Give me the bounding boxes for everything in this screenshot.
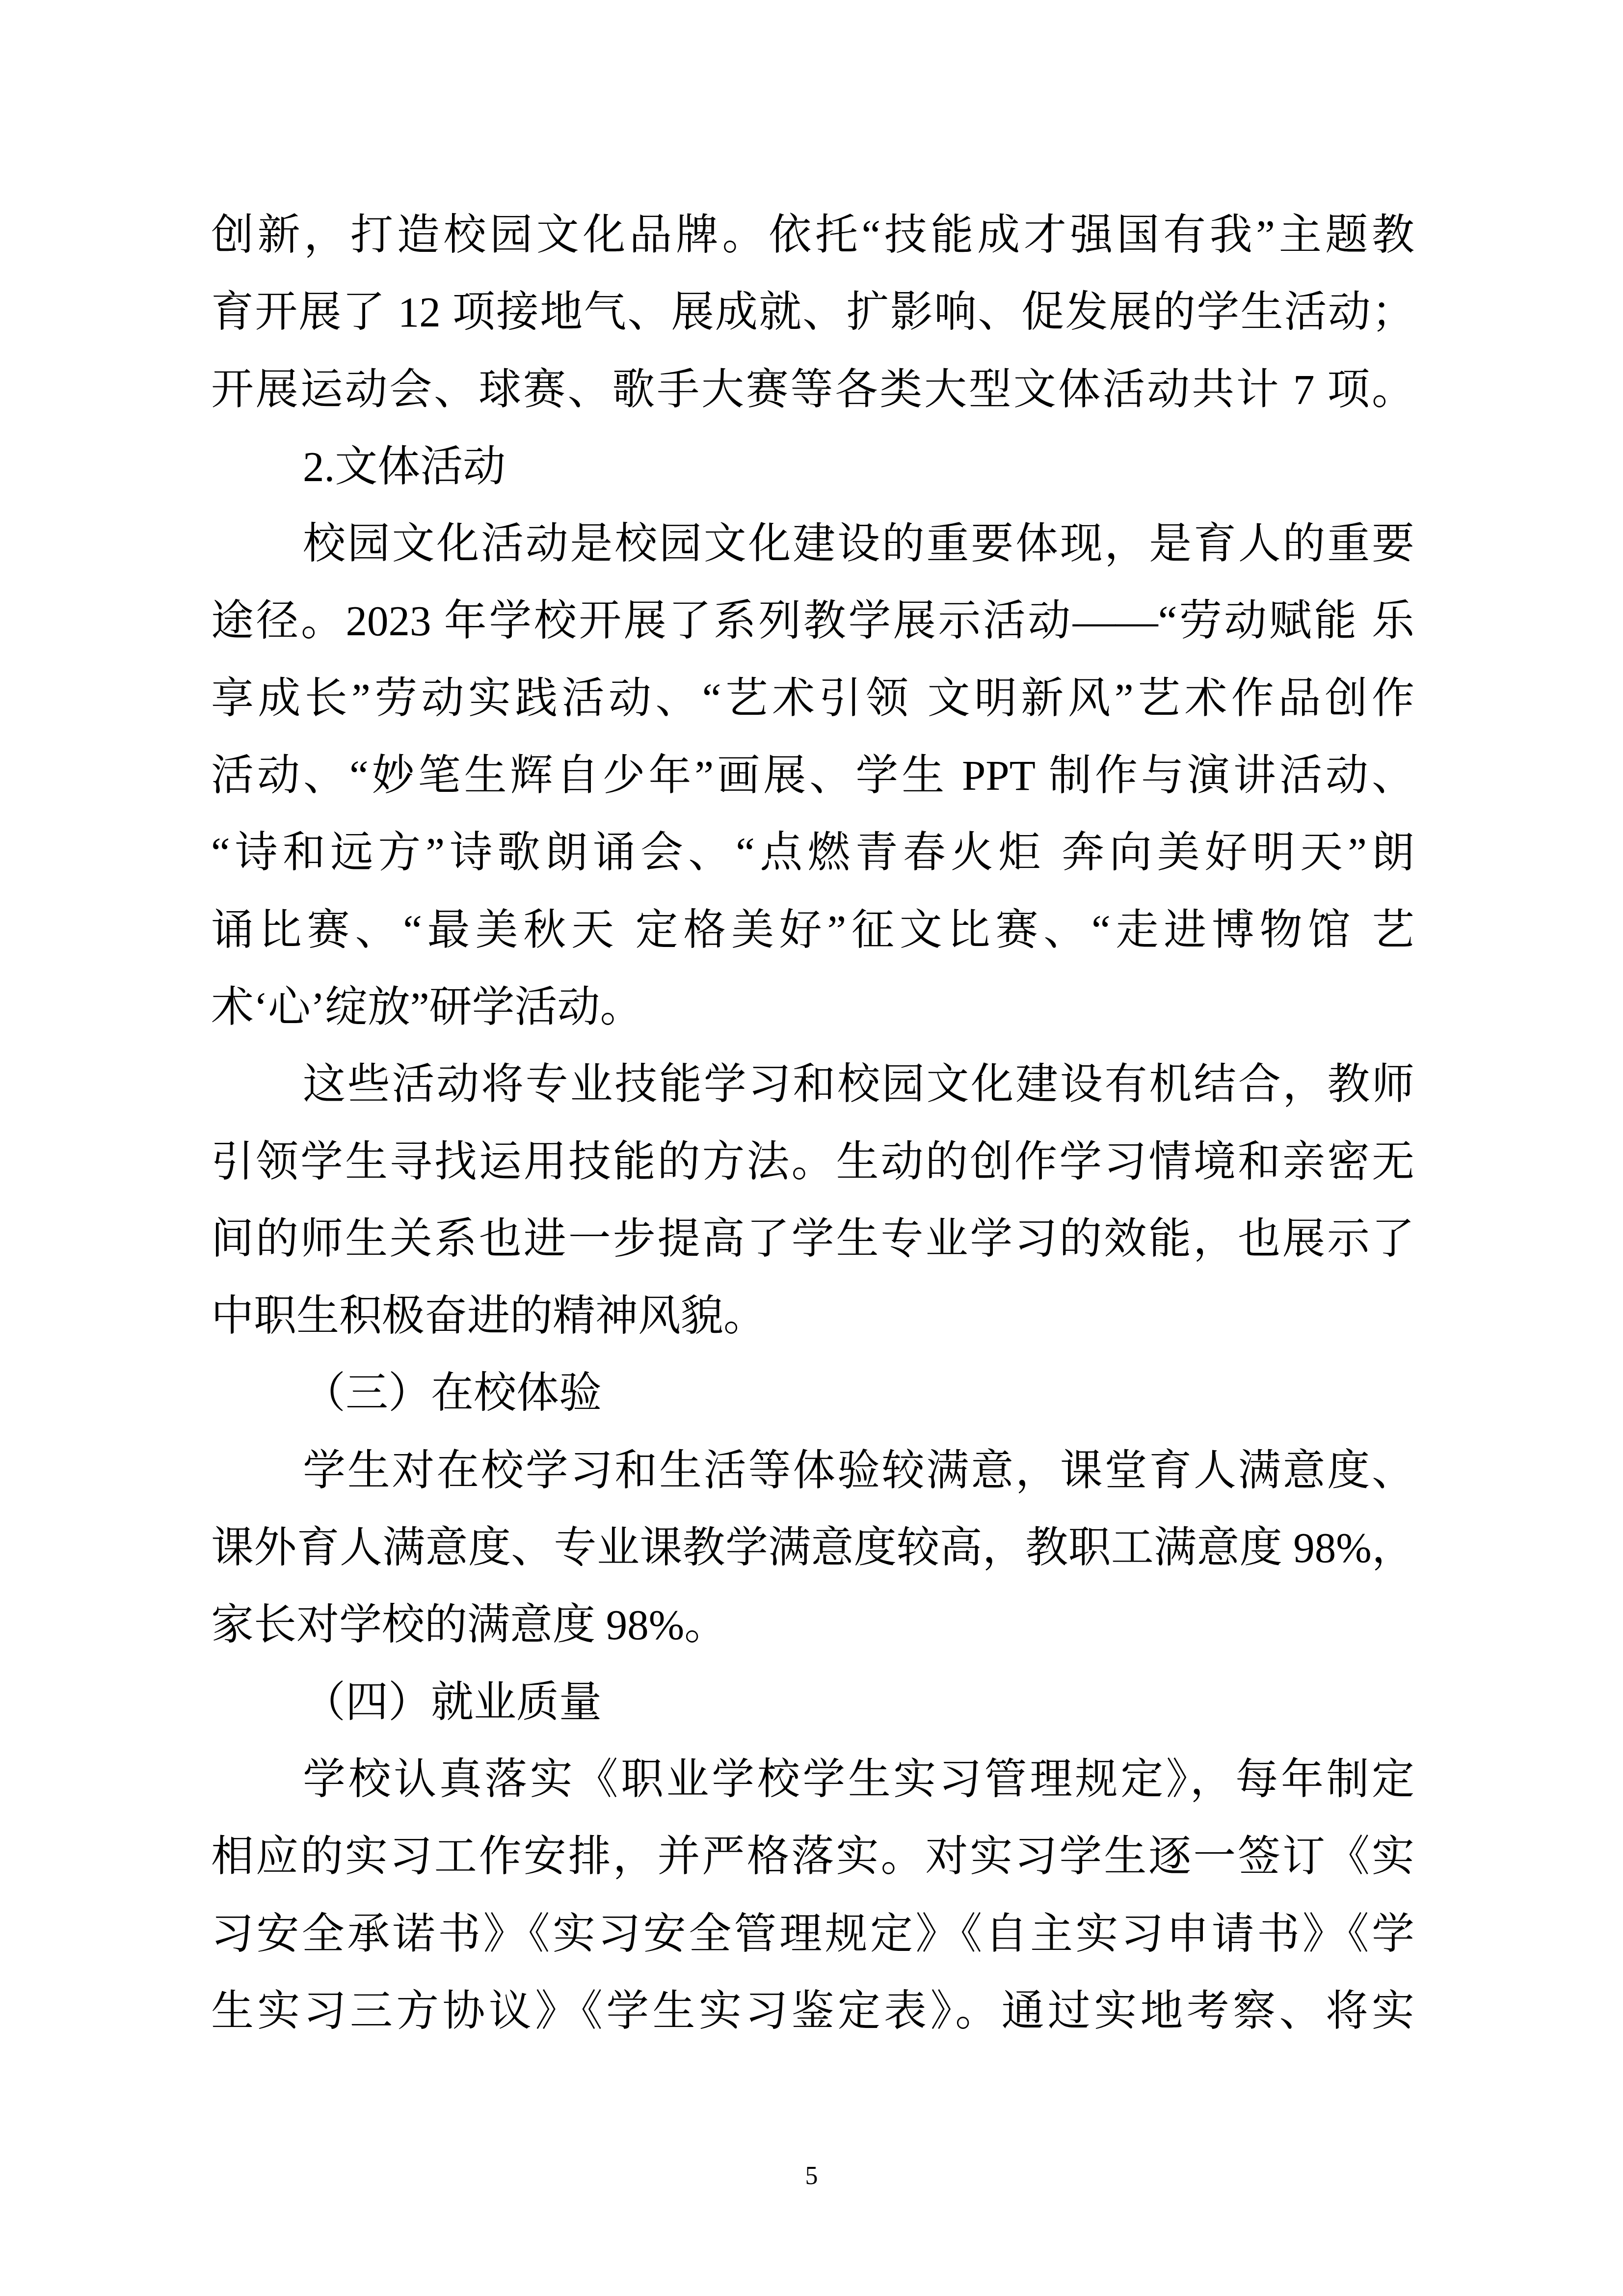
text-line: 2.文体活动 — [211, 428, 1414, 505]
text-line: 诵比赛、“最美秋天 定格美好”征文比赛、“走进博物馆 艺 — [211, 891, 1414, 969]
text-line: 相应的实习工作安排，并严格落实。对实习学生逐一签订《实 — [211, 1818, 1414, 1895]
page-footer: 5 — [0, 2159, 1623, 2193]
text-line: 术‘心’绽放”研学活动。 — [211, 969, 1414, 1046]
text-line: 开展运动会、球赛、歌手大赛等各类大型文体活动共计 7 项。 — [211, 351, 1414, 428]
text-line: 中职生积极奋进的精神风貌。 — [211, 1277, 1414, 1354]
text-line: （三）在校体验 — [211, 1354, 1414, 1432]
document-body: 创新，打造校园文化品牌。依托“技能成才强国有我”主题教育开展了 12 项接地气、… — [211, 196, 1414, 2050]
text-line: 校园文化活动是校园文化建设的重要体现，是育人的重要 — [211, 505, 1414, 582]
text-line: 间的师生关系也进一步提高了学生专业学习的效能，也展示了 — [211, 1200, 1414, 1277]
text-line: 途径。2023 年学校开展了系列教学展示活动——“劳动赋能 乐 — [211, 582, 1414, 659]
text-line: 生实习三方协议》《学生实习鉴定表》。通过实地考察、将实 — [211, 1972, 1414, 2050]
text-line: 活动、“妙笔生辉自少年”画展、学生 PPT 制作与演讲活动、 — [211, 737, 1414, 814]
text-line: 引领学生寻找运用技能的方法。生动的创作学习情境和亲密无 — [211, 1123, 1414, 1200]
text-line: 这些活动将专业技能学习和校园文化建设有机结合，教师 — [211, 1046, 1414, 1123]
text-line: 育开展了 12 项接地气、展成就、扩影响、促发展的学生活动； — [211, 273, 1414, 351]
page-number: 5 — [805, 2162, 818, 2190]
text-line: 学校认真落实《职业学校学生实习管理规定》，每年制定 — [211, 1741, 1414, 1818]
text-line: 课外育人满意度、专业课教学满意度较高，教职工满意度 98%， — [211, 1509, 1414, 1586]
text-line: 家长对学校的满意度 98%。 — [211, 1586, 1414, 1663]
text-line: 学生对在校学习和生活等体验较满意，课堂育人满意度、 — [211, 1432, 1414, 1509]
document-page: 创新，打造校园文化品牌。依托“技能成才强国有我”主题教育开展了 12 项接地气、… — [0, 0, 1623, 2296]
text-line: 创新，打造校园文化品牌。依托“技能成才强国有我”主题教 — [211, 196, 1414, 273]
text-line: 享成长”劳动实践活动、“艺术引领 文明新风”艺术作品创作 — [211, 660, 1414, 737]
text-line: “诗和远方”诗歌朗诵会、“点燃青春火炬 奔向美好明天”朗 — [211, 814, 1414, 891]
text-line: （四）就业质量 — [211, 1664, 1414, 1741]
text-line: 习安全承诺书》《实习安全管理规定》《自主实习申请书》《学 — [211, 1895, 1414, 1972]
